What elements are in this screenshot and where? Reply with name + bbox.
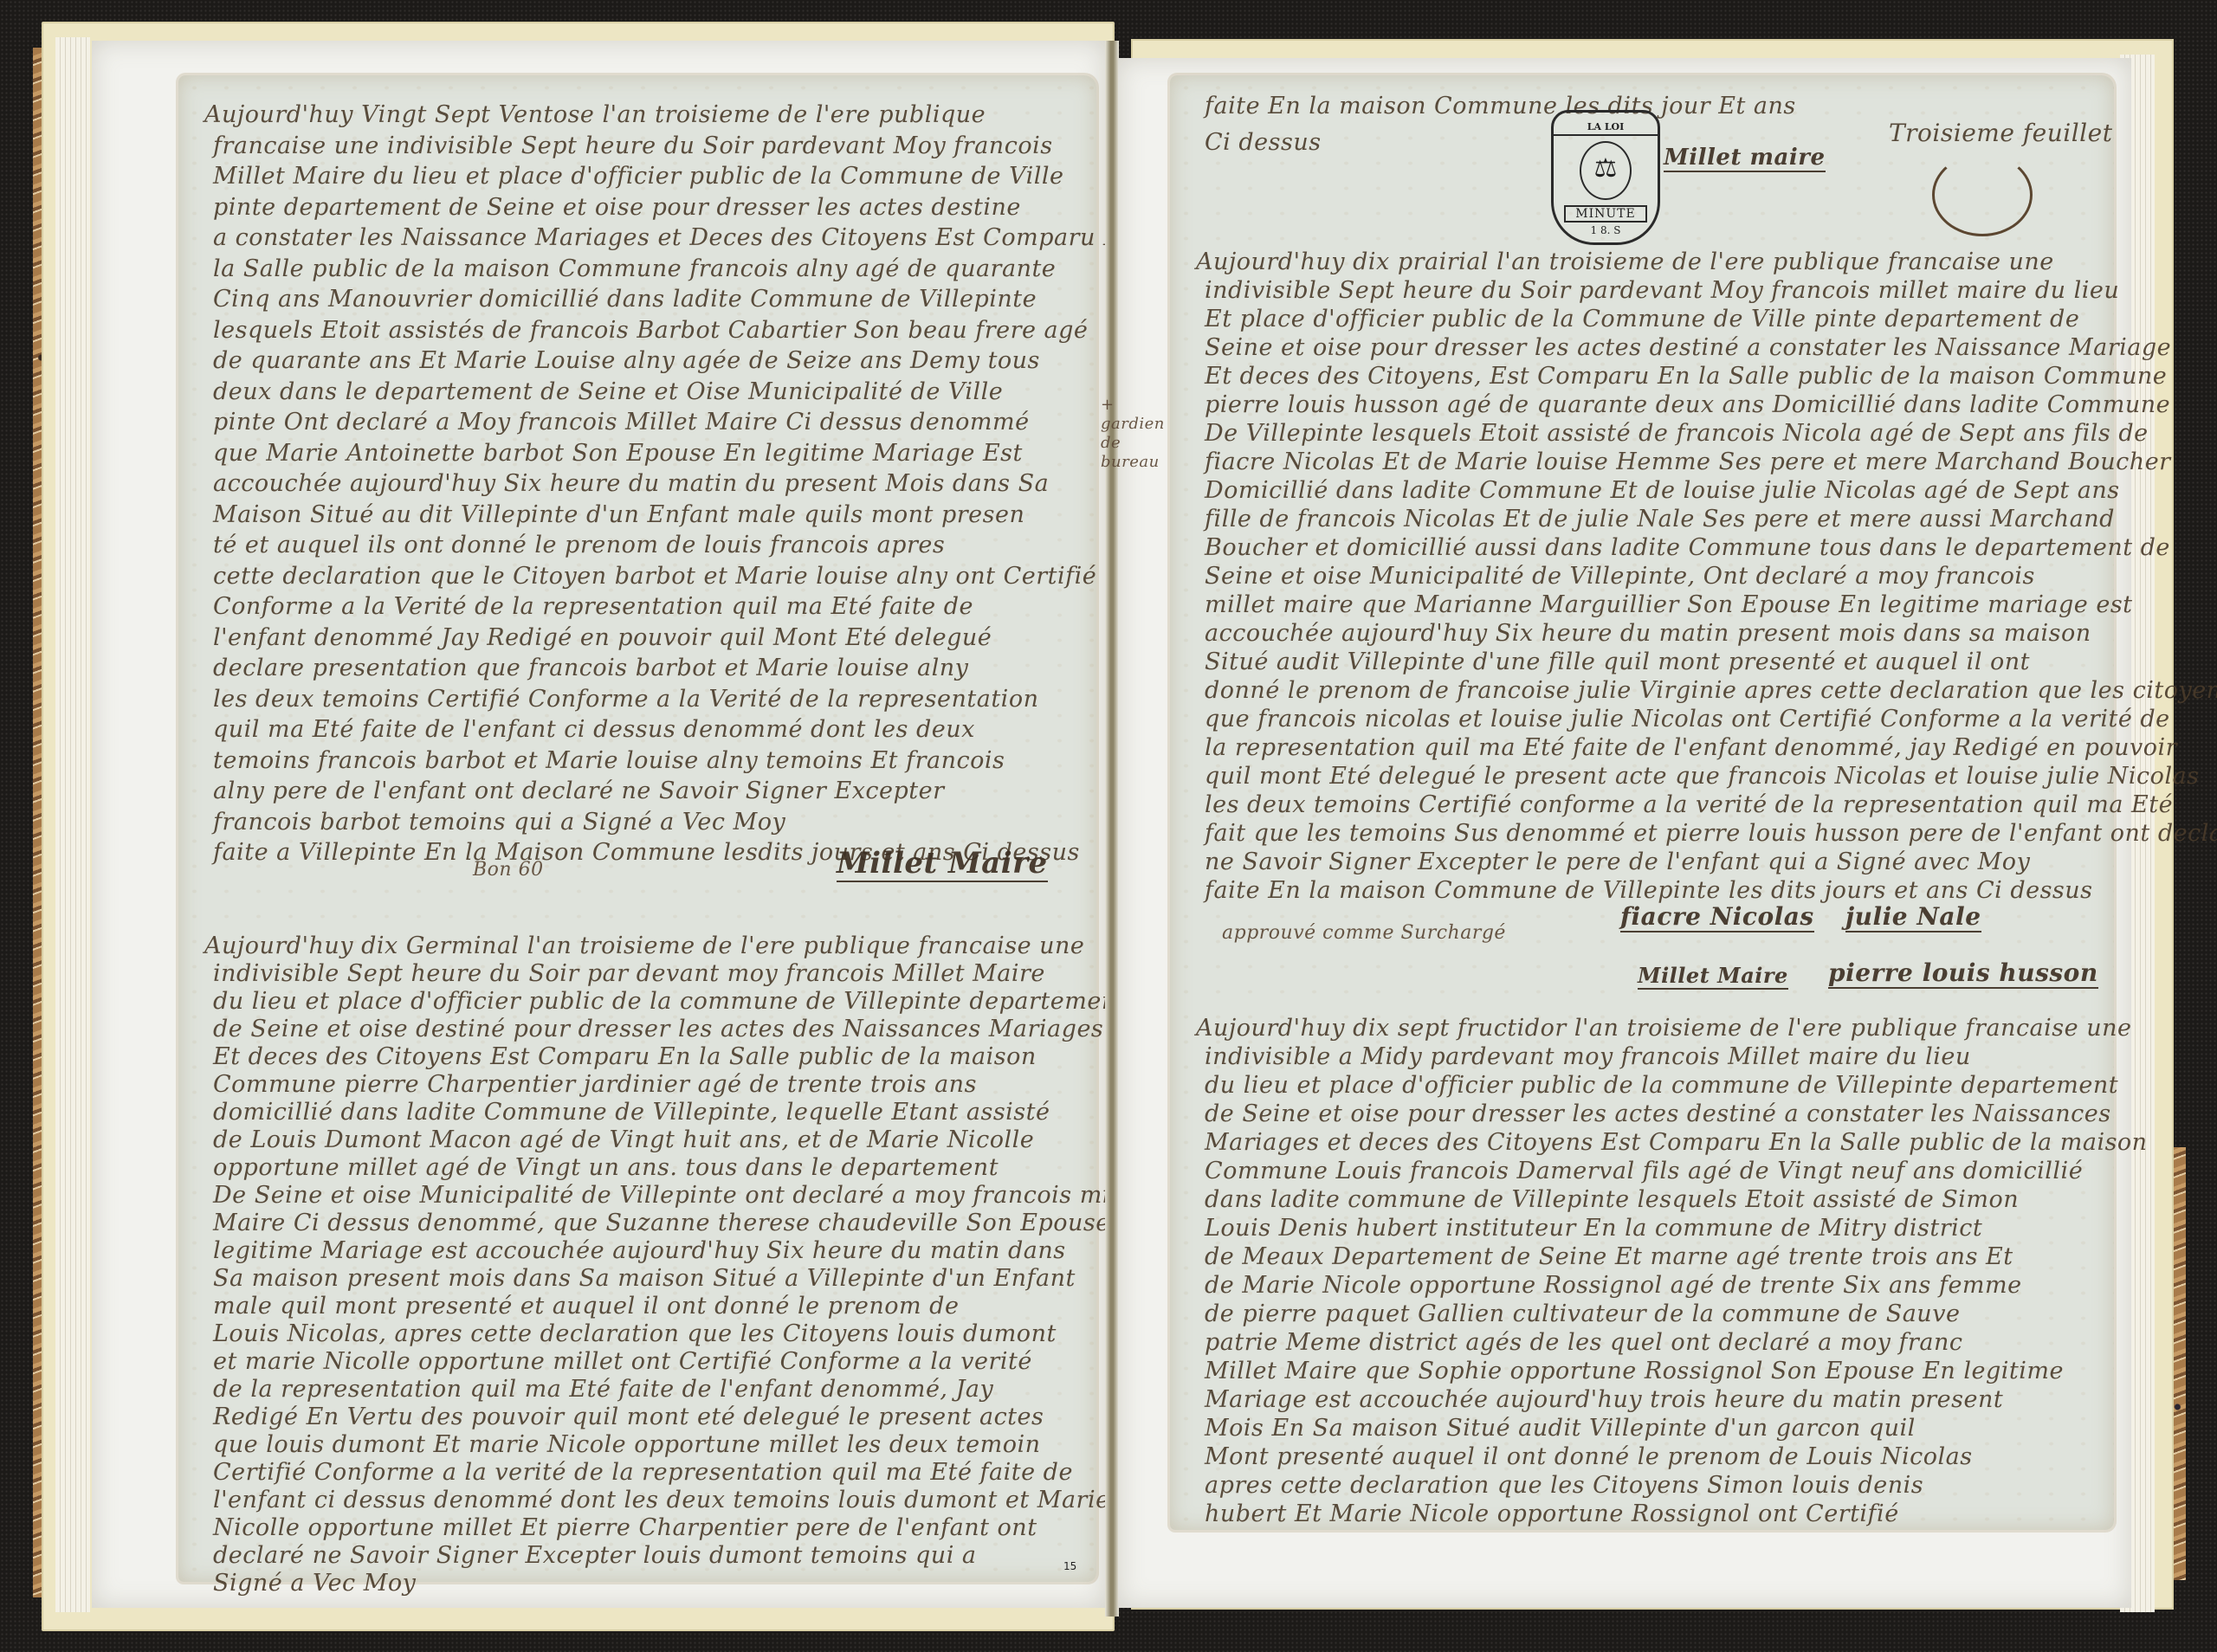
handwritten-line: francaise une indivisible Sept heure du … [213, 132, 1053, 159]
handwritten-line: De Seine et oise Municipalité de Villepi… [213, 1182, 1150, 1209]
right-leaf: faite En la maison Commune les dits jour… [1170, 75, 2114, 1530]
handwritten-line: Mariages et deces des Citoyens Est Compa… [1205, 1129, 2148, 1156]
handwritten-line: les deux temoins Certifié Conforme a la … [213, 686, 1038, 713]
handwritten-line: faite En la maison Commune de Villepinte… [1205, 877, 2093, 904]
handwritten-line: Seine et oise Municipalité de Villepinte… [1205, 563, 2035, 590]
handwritten-line: francois barbot temoins qui a Signé a Ve… [213, 809, 785, 836]
handwritten-line: Et place d'officier public de la Commune… [1205, 306, 2079, 332]
handwritten-line: de la representation quil ma Eté faite d… [213, 1376, 993, 1403]
handwritten-line: Maison Situé au dit Villepinte d'un Enfa… [213, 501, 1024, 528]
header-line-2: Ci dessus [1205, 129, 1322, 156]
handwritten-line: quil mont Eté delegué le present acte qu… [1205, 763, 2200, 790]
handwritten-line: l'enfant ci dessus denommé dont les deux… [213, 1487, 1110, 1513]
handwritten-line: dans ladite commune de Villepinte lesque… [1205, 1186, 2019, 1213]
handwritten-line: que Marie Antoinette barbot Son Epouse E… [213, 440, 1023, 467]
handwritten-line: Conforme a la Verité de la representatio… [213, 593, 973, 620]
handwritten-line: accouchée aujourd'huy Six heure du matin… [1205, 620, 2091, 647]
handwritten-line: Signé a Vec Moy [213, 1570, 416, 1597]
stamp-label: MINUTE [1564, 205, 1647, 223]
handwritten-line: quil ma Eté faite de l'enfant ci dessus … [213, 716, 975, 743]
header-line-1: faite En la maison Commune les dits jour… [1205, 93, 1796, 119]
handwritten-line: Aujourd'huy dix prairial l'an troisieme … [1196, 248, 2054, 275]
handwritten-line: pinte departement de Seine et oise pour … [213, 194, 1021, 221]
handwritten-line: Boucher et domicillié aussi dans ladite … [1205, 534, 2170, 561]
handwritten-line: Aujourd'huy dix sept fructidor l'an troi… [1196, 1015, 2131, 1042]
handwritten-line: Louis Denis hubert instituteur En la com… [1205, 1215, 1982, 1242]
handwritten-line: de Seine et oise pour dresser les actes … [1205, 1100, 2111, 1127]
handwritten-line: de Marie Nicole opportune Rossignol agé … [1205, 1272, 2022, 1299]
signature-mayor: Millet Maire [837, 846, 1048, 882]
handwritten-line: Aujourd'huy Vingt Sept Ventose l'an troi… [204, 101, 986, 128]
handwritten-line: Commune Louis francois Damerval fils agé… [1205, 1158, 2083, 1184]
margin-note-gardien: + gardien de bureau [1101, 396, 1153, 472]
stamp-price: 1 8. S [1554, 224, 1658, 236]
handwritten-line: Aujourd'huy dix Germinal l'an troisieme … [204, 932, 1084, 959]
handwritten-line: patrie Meme district agés de les quel on… [1205, 1329, 1962, 1356]
handwritten-line: Et deces des Citoyens, Est Comparu En la… [1205, 363, 2167, 390]
handwritten-line: male quil mont presenté et auquel il ont… [213, 1293, 959, 1320]
handwritten-line: que louis dumont Et marie Nicole opportu… [213, 1431, 1041, 1458]
handwritten-line: Maire Ci dessus denommé, que Suzanne the… [213, 1210, 1151, 1236]
handwritten-line: opportune millet agé de Vingt un ans. to… [213, 1154, 999, 1181]
handwritten-line: du lieu et place d'officier public de la… [213, 988, 1127, 1015]
allegorical-figure-icon: ⚖ [1580, 141, 1632, 200]
handwritten-line: Cinq ans Manouvrier domicillié dans ladi… [213, 286, 1037, 313]
left-leaf: Aujourd'huy Vingt Sept Ventose l'an troi… [178, 75, 1096, 1582]
handwritten-line: la Salle public de la maison Commune fra… [213, 255, 1056, 282]
handwritten-line: de Seine et oise destiné pour dresser le… [213, 1016, 1103, 1042]
handwritten-line: que francois nicolas et louise julie Nic… [1205, 706, 2170, 732]
handwritten-line: Louis Nicolas, apres cette declaration q… [213, 1320, 1057, 1347]
handwritten-line: declaré ne Savoir Signer Excepter louis … [213, 1542, 977, 1569]
handwritten-line: domicillié dans ladite Commune de Villep… [213, 1099, 1050, 1126]
handwritten-line: Domicillié dans ladite Commune Et de lou… [1205, 477, 2120, 504]
signature-julie-nale: julie Nale [1845, 902, 1981, 932]
signature-pierre-louis-husson: pierre louis husson [1828, 958, 2098, 989]
handwritten-line: indivisible a Midy pardevant moy francoi… [1205, 1043, 1971, 1070]
handwritten-line: millet maire que Marianne Marguillier So… [1205, 591, 2133, 618]
handwritten-line: la representation quil ma Eté faite de l… [1205, 734, 2177, 761]
handwritten-line: apres cette declaration que les Citoyens… [1205, 1472, 1923, 1499]
marginal-note: Bon 60 [473, 859, 544, 881]
handwritten-line: Mont presenté auquel il ont donné le pre… [1205, 1443, 1973, 1470]
handwritten-line: indivisible Sept heure du Soir par devan… [213, 960, 1045, 987]
handwritten-line: cette declaration que le Citoyen barbot … [213, 563, 1096, 590]
handwritten-line: Nicolle opportune millet Et pierre Charp… [213, 1514, 1037, 1541]
signature-fiacre-nicolas: fiacre Nicolas [1620, 902, 1814, 932]
handwritten-line: du lieu et place d'officier public de la… [1205, 1072, 2118, 1099]
page-stack-left [55, 37, 90, 1612]
right-page: faite En la maison Commune les dits jour… [1118, 58, 2131, 1608]
handwritten-line: fait que les temoins Sus denommé et pier… [1205, 820, 2217, 847]
page-number: 15 [1063, 1560, 1076, 1572]
handwritten-line: de quarante ans Et Marie Louise alny agé… [213, 347, 1040, 374]
handwritten-line: Sa maison present mois dans Sa maison Si… [213, 1265, 1076, 1292]
book-gutter [1105, 41, 1119, 1617]
handwritten-line: de Louis Dumont Macon agé de Vingt huit … [213, 1126, 1034, 1153]
handwritten-line: Situé audit Villepinte d'une fille quil … [1205, 649, 2030, 675]
handwritten-line: Mois En Sa maison Situé audit Villepinte… [1205, 1415, 1916, 1442]
handwritten-line: Millet Maire du lieu et place d'officier… [213, 163, 1064, 190]
handwritten-line: pierre louis husson agé de quarante deux… [1205, 391, 2170, 418]
handwritten-line: té et auquel ils ont donné le prenom de … [213, 532, 945, 558]
handwritten-line: declare presentation que francois barbot… [213, 655, 968, 681]
tax-stamp: LA LOI ⚖ MINUTE 1 8. S [1551, 110, 1660, 245]
signature-mayor-2: Millet Maire [1638, 963, 1788, 990]
handwritten-line: et marie Nicolle opportune millet ont Ce… [213, 1348, 1032, 1375]
handwritten-line: De Villepinte lesquels Etoit assisté de … [1205, 420, 2149, 447]
handwritten-line: les deux temoins Certifié conforme a la … [1205, 791, 2173, 818]
handwritten-line: fille de francois Nicolas Et de julie Na… [1205, 506, 2115, 532]
handwritten-line: de pierre paquet Gallien cultivateur de … [1205, 1300, 1960, 1327]
handwritten-line: temoins francois barbot et Marie louise … [213, 747, 1005, 774]
left-page: Aujourd'huy Vingt Sept Ventose l'an troi… [92, 41, 1105, 1608]
handwritten-line: Redigé En Vertu des pouvoir quil mont et… [213, 1404, 1044, 1430]
stamp-banner: LA LOI [1554, 121, 1658, 136]
paraph-flourish [1932, 153, 2033, 236]
handwritten-line: alny pere de l'enfant ont declaré ne Sav… [213, 778, 945, 804]
handwritten-line: de Meaux Departement de Seine Et marne a… [1205, 1243, 2013, 1270]
handwritten-line: Certifié Conforme a la verité de la repr… [213, 1459, 1073, 1486]
surcharge-annotation: approuvé comme Surchargé [1222, 922, 1506, 944]
handwritten-line: ne Savoir Signer Excepter le pere de l'e… [1205, 849, 2030, 875]
open-register-book: Aujourd'huy Vingt Sept Ventose l'an troi… [42, 22, 2174, 1628]
handwritten-line: Millet Maire que Sophie opportune Rossig… [1205, 1358, 2064, 1384]
handwritten-line: a constater les Naissance Mariages et De… [213, 224, 1136, 251]
handwritten-line: Seine et oise pour dresser les actes des… [1205, 334, 2171, 361]
handwritten-line: lesquels Etoit assistés de francois Barb… [213, 317, 1088, 344]
handwritten-line: legitime Mariage est accouchée aujourd'h… [213, 1237, 1066, 1264]
handwritten-line: deux dans le departement de Seine et Ois… [213, 378, 1003, 405]
handwritten-line: Et deces des Citoyens Est Comparu En la … [213, 1043, 1037, 1070]
handwritten-line: hubert Et Marie Nicole opportune Rossign… [1205, 1500, 1899, 1527]
handwritten-line: accouchée aujourd'huy Six heure du matin… [213, 470, 1049, 497]
handwritten-line: Commune pierre Charpentier jardinier agé… [213, 1071, 977, 1098]
header-signature: Millet maire [1664, 145, 1826, 172]
handwritten-line: pinte Ont declaré a Moy francois Millet … [213, 409, 1030, 436]
sheet-label: Troisieme feuillet [1889, 119, 2112, 147]
handwritten-line: l'enfant denommé Jay Redigé en pouvoir q… [213, 624, 992, 651]
handwritten-line: Mariage est accouchée aujourd'huy trois … [1205, 1386, 2003, 1413]
handwritten-line: indivisible Sept heure du Soir pardevant… [1205, 277, 2119, 304]
handwritten-line: fiacre Nicolas Et de Marie louise Hemme … [1205, 448, 2171, 475]
handwritten-line: donné le prenom de francoise julie Virgi… [1205, 677, 2217, 704]
